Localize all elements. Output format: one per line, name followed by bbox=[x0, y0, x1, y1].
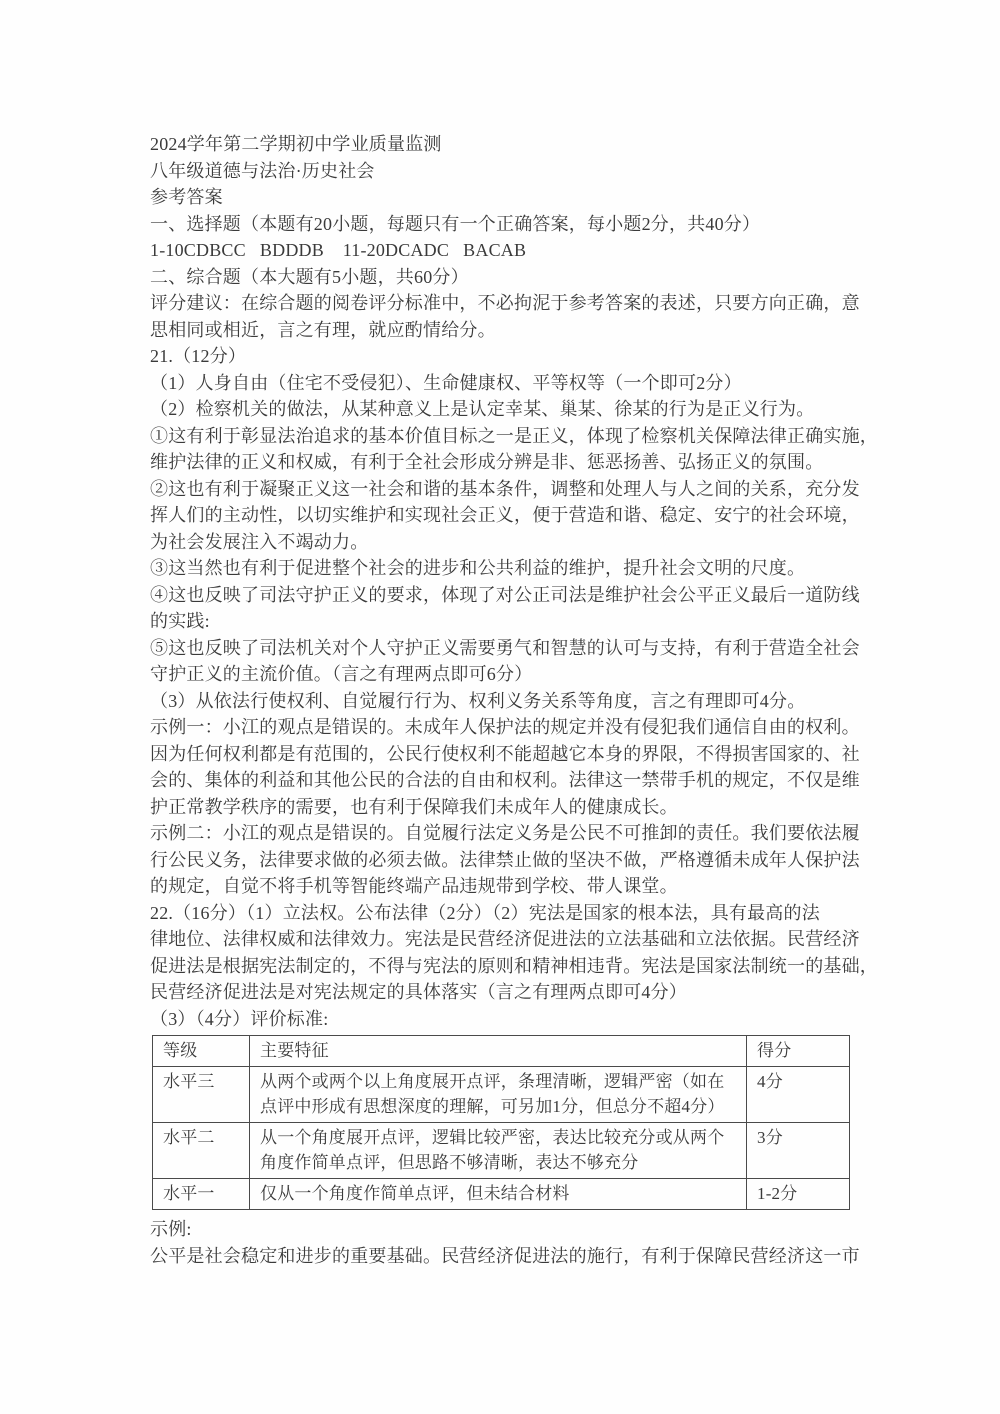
text-line: 21.（12分） bbox=[150, 343, 864, 370]
text-line: ③这当然也有利于促进整个社会的进步和公共利益的维护，提升社会文明的尺度。 bbox=[150, 555, 864, 582]
text-line: ⑤这也反映了司法机关对个人守护正义需要勇气和智慧的认可与支持，有利于营造全社会 bbox=[150, 635, 864, 662]
text-line: 会的、集体的利益和其他公民的合法的自由和权利。法律这一禁带手机的规定，不仅是维 bbox=[150, 767, 864, 794]
text-line: 促进法是根据宪法制定的，不得与宪法的原则和精神相违背。宪法是国家法制统一的基础， bbox=[150, 953, 864, 980]
text-line: （3）从依法行使权利、自觉履行行为、权利义务关系等角度，言之有理即可4分。 bbox=[150, 688, 864, 715]
text-line: 1-10CDBCC BDDDB 11-20DCADC BACAB bbox=[150, 237, 864, 264]
table-row: 水平二 从一个角度展开点评，逻辑比较严密，表达比较充分或从两个角度作简单点评，但… bbox=[153, 1123, 850, 1179]
text-line: ①这有利于彰显法治追求的基本价值目标之一是正义，体现了检察机关保障法律正确实施， bbox=[150, 423, 864, 450]
cell-score: 3分 bbox=[747, 1123, 850, 1179]
answer-body: 一、选择题（本题有20小题，每题只有一个正确答案，每小题2分，共40分）1-10… bbox=[150, 211, 864, 1033]
cell-feature: 从两个或两个以上角度展开点评，条理清晰，逻辑严密（如在点评中形成有思想深度的理解… bbox=[250, 1067, 747, 1123]
text-line: （2）检察机关的做法，从某种意义上是认定幸某、巢某、徐某的行为是正义行为。 bbox=[150, 396, 864, 423]
text-line: 为社会发展注入不竭动力。 bbox=[150, 529, 864, 556]
cell-feature: 从一个角度展开点评，逻辑比较严密，表达比较充分或从两个角度作简单点评，但思路不够… bbox=[250, 1123, 747, 1179]
text-line: 民营经济促进法是对宪法规定的具体落实（言之有理两点即可4分） bbox=[150, 979, 864, 1006]
text-line: ④这也反映了司法守护正义的要求，体现了对公正司法是维护社会公平正义最后一道防线 bbox=[150, 582, 864, 609]
text-line: 一、选择题（本题有20小题，每题只有一个正确答案，每小题2分，共40分） bbox=[150, 211, 864, 238]
table-head: 等级 主要特征 得分 bbox=[153, 1036, 850, 1067]
evaluation-criteria-table: 等级 主要特征 得分 水平三 从两个或两个以上角度展开点评，条理清晰，逻辑严密（… bbox=[152, 1035, 850, 1210]
text-line: ②这也有利于凝聚正义这一社会和谐的基本条件，调整和处理人与人之间的关系，充分发 bbox=[150, 476, 864, 503]
text-line: 挥人们的主动性，以切实维护和实现社会正义，便于营造和谐、稳定、安宁的社会环境， bbox=[150, 502, 864, 529]
example-label: 示例: bbox=[150, 1216, 864, 1243]
text-line: 的规定，自觉不将手机等智能终端产品违规带到学校、带人课堂。 bbox=[150, 873, 864, 900]
cell-feature: 仅从一个角度作简单点评，但未结合材料 bbox=[250, 1179, 747, 1210]
column-header-feature: 主要特征 bbox=[250, 1036, 747, 1067]
text-line: 因为任何权利都是有范围的，公民行使权利不能超越它本身的界限，不得损害国家的、社 bbox=[150, 741, 864, 768]
text-line: 思相同或相近，言之有理，就应酌情给分。 bbox=[150, 317, 864, 344]
cell-level: 水平三 bbox=[153, 1067, 250, 1123]
text-line: 22.（16分）（1）立法权。公布法律（2分）（2）宪法是国家的根本法，具有最高… bbox=[150, 900, 864, 927]
text-line: （1）人身自由（住宅不受侵犯）、生命健康权、平等权等（一个即可2分） bbox=[150, 370, 864, 397]
answer-key-label: 参考答案 bbox=[150, 184, 864, 211]
cell-level: 水平二 bbox=[153, 1123, 250, 1179]
scanned-answer-key-page: 2024学年第二学期初中学业质量监测 八年级道德与法治·历史社会 参考答案 一、… bbox=[0, 0, 1000, 1414]
table-body: 水平三 从两个或两个以上角度展开点评，条理清晰，逻辑严密（如在点评中形成有思想深… bbox=[153, 1067, 850, 1210]
text-line: （3）（4分）评价标准: bbox=[150, 1006, 864, 1033]
answer-key-document: 2024学年第二学期初中学业质量监测 八年级道德与法治·历史社会 参考答案 一、… bbox=[150, 131, 864, 1269]
column-header-level: 等级 bbox=[153, 1036, 250, 1067]
text-line: 护正常教学秩序的需要，也有利于保障我们未成年人的健康成长。 bbox=[150, 794, 864, 821]
text-line: 维护法律的正义和权威，有利于全社会形成分辨是非、惩恶扬善、弘扬正义的氛围。 bbox=[150, 449, 864, 476]
text-line: 的实践: bbox=[150, 608, 864, 635]
text-line: 二、综合题（本大题有5小题，共60分） bbox=[150, 264, 864, 291]
table-row: 水平三 从两个或两个以上角度展开点评，条理清晰，逻辑严密（如在点评中形成有思想深… bbox=[153, 1067, 850, 1123]
table-header-row: 等级 主要特征 得分 bbox=[153, 1036, 850, 1067]
cell-level: 水平一 bbox=[153, 1179, 250, 1210]
text-line: 守护正义的主流价值。（言之有理两点即可6分） bbox=[150, 661, 864, 688]
cell-score: 4分 bbox=[747, 1067, 850, 1123]
text-line: 示例二：小江的观点是错误的。自觉履行法定义务是公民不可推卸的责任。我们要依法履 bbox=[150, 820, 864, 847]
text-line: 行公民义务，法律要求做的必须去做。法律禁止做的坚决不做，严格遵循未成年人保护法 bbox=[150, 847, 864, 874]
column-header-score: 得分 bbox=[747, 1036, 850, 1067]
text-line: 评分建议：在综合题的阅卷评分标准中，不必拘泥于参考答案的表述，只要方向正确，意 bbox=[150, 290, 864, 317]
cell-score: 1-2分 bbox=[747, 1179, 850, 1210]
document-subtitle: 八年级道德与法治·历史社会 bbox=[150, 158, 864, 185]
example-text-line: 公平是社会稳定和进步的重要基础。民营经济促进法的施行，有利于保障民营经济这一市 bbox=[150, 1243, 864, 1270]
table-row: 水平一 仅从一个角度作简单点评，但未结合材料 1-2分 bbox=[153, 1179, 850, 1210]
document-title: 2024学年第二学期初中学业质量监测 bbox=[150, 131, 864, 158]
text-line: 示例一：小江的观点是错误的。未成年人保护法的规定并没有侵犯我们通信自由的权利。 bbox=[150, 714, 864, 741]
text-line: 律地位、法律权威和法律效力。宪法是民营经济促进法的立法基础和立法依据。民营经济 bbox=[150, 926, 864, 953]
